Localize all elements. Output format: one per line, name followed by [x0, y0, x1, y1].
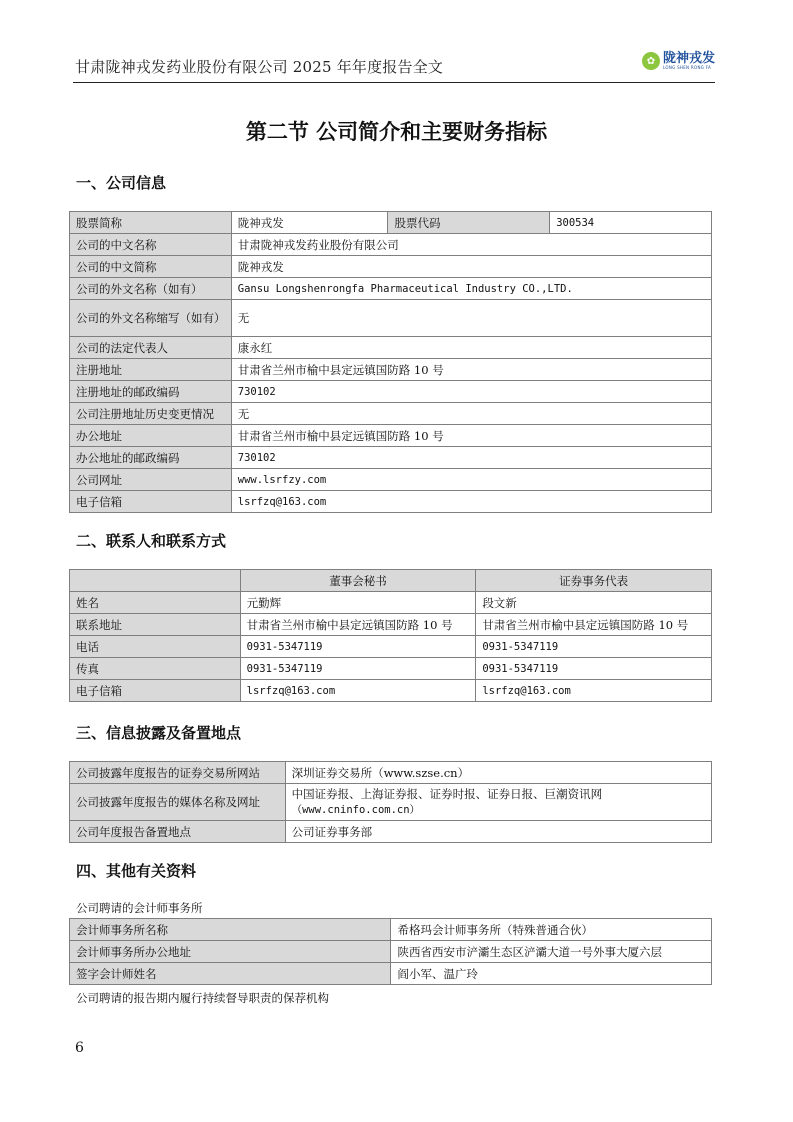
table-row: 姓名元勤辉段文新 [70, 592, 712, 614]
email-link[interactable]: lsrfzq@163.com [476, 680, 712, 702]
table-row: 电子信箱lsrfzq@163.com [70, 491, 712, 513]
table-row: 电话0931-53471190931-5347119 [70, 636, 712, 658]
contacts-table: 董事会秘书 证券事务代表 姓名元勤辉段文新 联系地址甘肃省兰州市榆中县定远镇国防… [69, 569, 712, 702]
row-value: 无 [231, 300, 711, 337]
table-row: 公司披露年度报告的证券交易所网站深圳证券交易所（www.szse.cn） [70, 762, 712, 784]
company-info-table: 股票简称 陇神戎发 股票代码 300534 公司的中文名称甘肃陇神戎发药业股份有… [69, 211, 712, 513]
email-link[interactable]: lsrfzq@163.com [240, 680, 476, 702]
row-label: 公司年度报告备置地点 [70, 821, 286, 843]
secretary-value: 0931-5347119 [240, 658, 476, 680]
table-row: 股票简称 陇神戎发 股票代码 300534 [70, 212, 712, 234]
table-row: 联系地址甘肃省兰州市榆中县定远镇国防路 10 号甘肃省兰州市榆中县定远镇国防路 … [70, 614, 712, 636]
row-value: Gansu Longshenrongfa Pharmaceutical Indu… [231, 278, 711, 300]
row-label: 姓名 [70, 592, 241, 614]
table-row: 公司的中文简称陇神戎发 [70, 256, 712, 278]
stock-abbr-label: 股票简称 [70, 212, 232, 234]
representative-value: 0931-5347119 [476, 658, 712, 680]
representative-value: 段文新 [476, 592, 712, 614]
row-label: 公司的法定代表人 [70, 337, 232, 359]
table-row: 办公地址的邮政编码730102 [70, 447, 712, 469]
stock-abbr-value: 陇神戎发 [231, 212, 388, 234]
logo-text-en: LONG SHEN RONG FA [663, 66, 715, 70]
row-value: 甘肃陇神戎发药业股份有限公司 [231, 234, 711, 256]
row-label: 会计师事务所名称 [70, 919, 391, 941]
column-header [70, 570, 241, 592]
section-heading-disclosure: 三、信息披露及备置地点 [76, 722, 241, 743]
media-names: 中国证券报、上海证券报、证券时报、证券日报、巨潮资讯网 [292, 786, 705, 802]
column-header: 董事会秘书 [240, 570, 476, 592]
row-value: 公司证券事务部 [285, 821, 711, 843]
row-value: 中国证券报、上海证券报、证券时报、证券日报、巨潮资讯网（www.cninfo.c… [285, 784, 711, 821]
row-label: 注册地址的邮政编码 [70, 381, 232, 403]
table-row: 签字会计师姓名阎小军、温广玲 [70, 963, 712, 985]
accounting-firm-caption: 公司聘请的会计师事务所 [76, 900, 203, 916]
section-heading-contacts: 二、联系人和联系方式 [76, 530, 226, 551]
email-link[interactable]: lsrfzq@163.com [231, 491, 711, 513]
row-label: 公司网址 [70, 469, 232, 491]
row-value: 无 [231, 403, 711, 425]
column-header: 证券事务代表 [476, 570, 712, 592]
section-heading-company-info: 一、公司信息 [76, 172, 166, 193]
disclosure-table: 公司披露年度报告的证券交易所网站深圳证券交易所（www.szse.cn） 公司披… [69, 761, 712, 843]
row-value: 陕西省西安市浐灞生态区浐灞大道一号外事大厦六层 [391, 941, 712, 963]
secretary-value: 0931-5347119 [240, 636, 476, 658]
row-value: 730102 [231, 447, 711, 469]
media-url: （www.cninfo.com.cn） [292, 802, 705, 818]
row-label: 公司注册地址历史变更情况 [70, 403, 232, 425]
row-label: 公司的外文名称（如有） [70, 278, 232, 300]
row-label: 办公地址的邮政编码 [70, 447, 232, 469]
table-row: 会计师事务所办公地址陕西省西安市浐灞生态区浐灞大道一号外事大厦六层 [70, 941, 712, 963]
table-row: 传真0931-53471190931-5347119 [70, 658, 712, 680]
page-number: 6 [75, 1040, 84, 1056]
row-value: 阎小军、温广玲 [391, 963, 712, 985]
page-title: 第二节 公司简介和主要财务指标 [0, 116, 793, 146]
row-label: 公司的中文名称 [70, 234, 232, 256]
representative-value: 0931-5347119 [476, 636, 712, 658]
row-label: 注册地址 [70, 359, 232, 381]
table-header-row: 董事会秘书 证券事务代表 [70, 570, 712, 592]
secretary-value: 元勤辉 [240, 592, 476, 614]
row-label: 会计师事务所办公地址 [70, 941, 391, 963]
row-label: 公司披露年度报告的证券交易所网站 [70, 762, 286, 784]
row-label: 电子信箱 [70, 680, 241, 702]
logo-leaf-icon: ✿ [642, 52, 660, 70]
row-value: 深圳证券交易所（www.szse.cn） [285, 762, 711, 784]
table-row: 公司的法定代表人康永红 [70, 337, 712, 359]
row-value: 康永红 [231, 337, 711, 359]
row-value: 甘肃省兰州市榆中县定远镇国防路 10 号 [231, 425, 711, 447]
website-link[interactable]: www.lsrfzy.com [231, 469, 711, 491]
stock-code-label: 股票代码 [388, 212, 550, 234]
accounting-firm-table: 会计师事务所名称希格玛会计师事务所（特殊普通合伙） 会计师事务所办公地址陕西省西… [69, 918, 712, 985]
table-row: 公司年度报告备置地点公司证券事务部 [70, 821, 712, 843]
sponsor-caption: 公司聘请的报告期内履行持续督导职责的保荐机构 [76, 990, 329, 1006]
table-row: 注册地址的邮政编码730102 [70, 381, 712, 403]
row-value: 甘肃省兰州市榆中县定远镇国防路 10 号 [231, 359, 711, 381]
row-label: 传真 [70, 658, 241, 680]
table-row: 公司的外文名称缩写（如有）无 [70, 300, 712, 337]
representative-value: 甘肃省兰州市榆中县定远镇国防路 10 号 [476, 614, 712, 636]
secretary-value: 甘肃省兰州市榆中县定远镇国防路 10 号 [240, 614, 476, 636]
row-value: 730102 [231, 381, 711, 403]
row-label: 公司的外文名称缩写（如有） [70, 300, 232, 337]
table-row: 公司的外文名称（如有）Gansu Longshenrongfa Pharmace… [70, 278, 712, 300]
table-row: 公司网址www.lsrfzy.com [70, 469, 712, 491]
report-title: 甘肃陇神戎发药业股份有限公司 2025 年年度报告全文 [75, 56, 443, 77]
section-heading-other-info: 四、其他有关资料 [76, 860, 196, 881]
row-value: 希格玛会计师事务所（特殊普通合伙） [391, 919, 712, 941]
row-label: 办公地址 [70, 425, 232, 447]
row-label: 公司披露年度报告的媒体名称及网址 [70, 784, 286, 821]
table-row: 办公地址甘肃省兰州市榆中县定远镇国防路 10 号 [70, 425, 712, 447]
row-label: 电子信箱 [70, 491, 232, 513]
stock-code-value: 300534 [550, 212, 712, 234]
table-row: 电子信箱lsrfzq@163.comlsrfzq@163.com [70, 680, 712, 702]
row-label: 电话 [70, 636, 241, 658]
table-row: 注册地址甘肃省兰州市榆中县定远镇国防路 10 号 [70, 359, 712, 381]
logo-text-cn: 陇神戎发 [663, 52, 715, 65]
table-row: 公司注册地址历史变更情况无 [70, 403, 712, 425]
table-row: 公司的中文名称甘肃陇神戎发药业股份有限公司 [70, 234, 712, 256]
table-row: 公司披露年度报告的媒体名称及网址中国证券报、上海证券报、证券时报、证券日报、巨潮… [70, 784, 712, 821]
row-label: 联系地址 [70, 614, 241, 636]
table-row: 会计师事务所名称希格玛会计师事务所（特殊普通合伙） [70, 919, 712, 941]
row-label: 公司的中文简称 [70, 256, 232, 278]
row-label: 签字会计师姓名 [70, 963, 391, 985]
row-value: 陇神戎发 [231, 256, 711, 278]
company-logo: ✿ 陇神戎发 LONG SHEN RONG FA [642, 52, 715, 70]
page-header: 甘肃陇神戎发药业股份有限公司 2025 年年度报告全文 ✿ 陇神戎发 LONG … [73, 50, 715, 83]
